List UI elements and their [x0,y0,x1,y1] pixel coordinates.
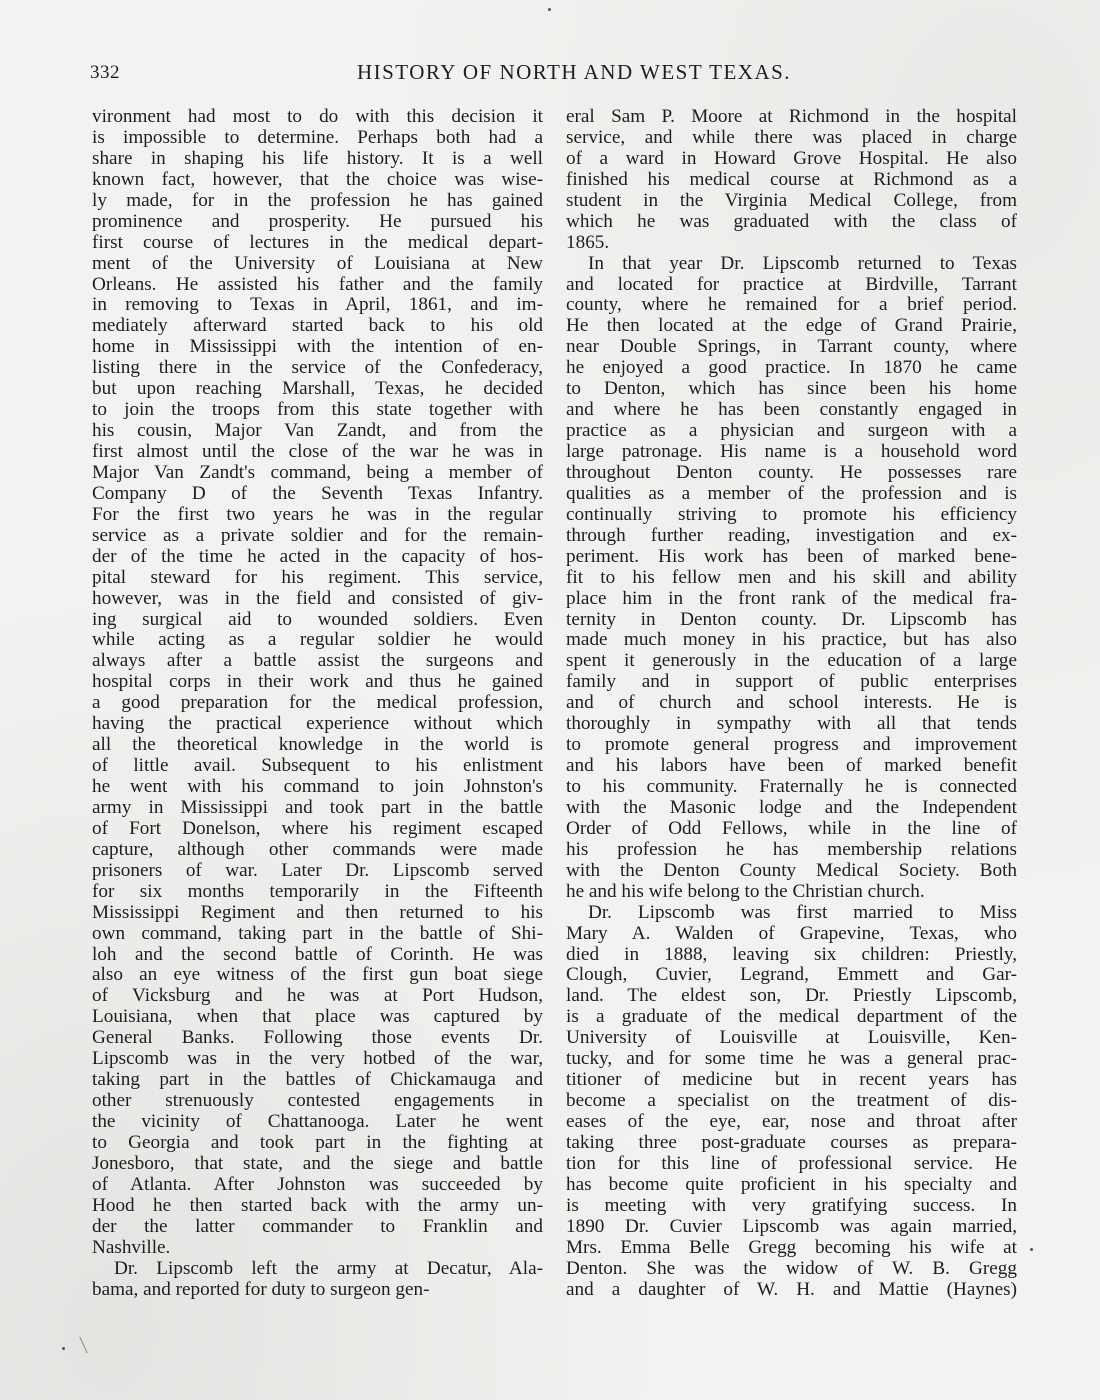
text-line: to join the troops from this state toget… [92,400,543,421]
text-line: listing there in the service of the Conf… [92,358,543,379]
text-line: share in shaping his life history. It is… [92,149,543,170]
text-line: Mary A. Walden of Grapevine, Texas, who [566,924,1017,945]
text-line: however, was in the field and consisted … [92,589,543,610]
text-line: to Georgia and took part in the fighting… [92,1133,543,1154]
text-column-left: vironment had most to do with this decis… [92,107,543,1300]
text-line: Order of Odd Fellows, while in the line … [566,819,1017,840]
text-line: Orleans. He assisted his father and the … [92,275,543,296]
text-line: made much money in his practice, but has… [566,630,1017,651]
text-line: his profession he has membership relatio… [566,840,1017,861]
text-line: but upon reaching Marshall, Texas, he de… [92,379,543,400]
text-line: county, where he remained for a brief pe… [566,295,1017,316]
text-line: ment of the University of Louisiana at N… [92,254,543,275]
text-line: General Banks. Following those events Dr… [92,1028,543,1049]
text-line: loh and the second battle of Corinth. He… [92,945,543,966]
text-line: In that year Dr. Lipscomb returned to Te… [566,254,1017,275]
text-line: der of the time he acted in the capacity… [92,547,543,568]
text-line: Hood he then started back with the army … [92,1196,543,1217]
text-line: hospital corps in their work and thus he… [92,672,543,693]
text-line: with the Denton County Medical Society. … [566,861,1017,882]
text-line: become a specialist on the treatment of … [566,1091,1017,1112]
text-line: to his community. Fraternally he is conn… [566,777,1017,798]
text-line: of Fort Donelson, where his regiment esc… [92,819,543,840]
text-line: Denton. She was the widow of W. B. Gregg [566,1259,1017,1280]
text-line: of a ward in Howard Grove Hospital. He a… [566,149,1017,170]
text-line: with the Masonic lodge and the Independe… [566,798,1017,819]
text-line: and of church and school interests. He i… [566,693,1017,714]
text-line: land. The eldest son, Dr. Priestly Lipsc… [566,986,1017,1007]
text-line: bama, and reported for duty to surgeon g… [92,1280,543,1301]
text-line: practice as a physician and surgeon with… [566,421,1017,442]
scan-speck [62,1347,65,1350]
text-line: and a daughter of W. H. and Mattie (Hayn… [566,1280,1017,1301]
text-line: tucky, and for some time he was a genera… [566,1049,1017,1070]
text-line: having the practical experience without … [92,714,543,735]
text-line: he and his wife belong to the Christian … [566,882,1017,903]
text-line: vironment had most to do with this decis… [92,107,543,128]
text-line: taking part in the battles of Chickamaug… [92,1070,543,1091]
scan-hair [79,1337,88,1354]
text-line: has become quite proficient in his speci… [566,1175,1017,1196]
text-line: Mississippi Regiment and then returned t… [92,903,543,924]
text-line: ternity in Denton county. Dr. Lipscomb h… [566,610,1017,631]
text-line: of Vicksburg and he was at Port Hudson, [92,986,543,1007]
text-line: Nashville. [92,1238,543,1259]
text-column-right: eral Sam P. Moore at Richmond in the hos… [566,107,1017,1300]
text-line: is impossible to determine. Perhaps both… [92,128,543,149]
text-line: spent it generously in the education of … [566,651,1017,672]
text-line: finished his medical course at Richmond … [566,170,1017,191]
text-line: his cousin, Major Van Zandt, and from th… [92,421,543,442]
text-line: and his labors have been of marked benef… [566,756,1017,777]
text-line: Mrs. Emma Belle Gregg becoming his wife … [566,1238,1017,1259]
text-line: other strenuously contested engagements … [92,1091,543,1112]
text-line: prisoners of war. Later Dr. Lipscomb ser… [92,861,543,882]
text-line: Louisiana, when that place was captured … [92,1007,543,1028]
text-line: place him in the front rank of the medic… [566,589,1017,610]
text-line: and located for practice at Birdville, T… [566,275,1017,296]
text-line: through further reading, investigation a… [566,526,1017,547]
text-line: is meeting with very gratifying success.… [566,1196,1017,1217]
scan-speck [1030,1248,1033,1251]
text-line: he went with his command to join Johnsto… [92,777,543,798]
text-line: periment. His work has been of marked be… [566,547,1017,568]
text-line: died in 1888, leaving six children: Prie… [566,945,1017,966]
text-line: to Denton, which has since been his home [566,379,1017,400]
text-line: army in Mississippi and took part in the… [92,798,543,819]
text-line: while acting as a regular soldier he wou… [92,630,543,651]
text-line: always after a battle assist the surgeon… [92,651,543,672]
text-line: ly made, for in the profession he has ga… [92,191,543,212]
text-line: Company D of the Seventh Texas Infantry. [92,484,543,505]
text-line: for six months temporarily in the Fiftee… [92,882,543,903]
text-line: 1865. [566,233,1017,254]
text-line: first almost until the close of the war … [92,442,543,463]
text-line: continually striving to promote his effi… [566,505,1017,526]
text-line: He then located at the edge of Grand Pra… [566,316,1017,337]
text-line: Dr. Lipscomb was first married to Miss [566,903,1017,924]
text-line: also an eye witness of the first gun boa… [92,965,543,986]
text-line: Clough, Cuvier, Legrand, Emmett and Gar- [566,965,1017,986]
text-line: near Double Springs, in Tarrant county, … [566,337,1017,358]
book-page: 332 HISTORY OF NORTH AND WEST TEXAS. vir… [0,0,1100,1400]
text-line: of little avail. Subsequent to his enlis… [92,756,543,777]
text-line: der the latter commander to Franklin and [92,1217,543,1238]
text-line: student in the Virginia Medical College,… [566,191,1017,212]
text-line: all the theoretical knowledge in the wor… [92,735,543,756]
text-line: prominence and prosperity. He pursued hi… [92,212,543,233]
text-line: taking three post-graduate courses as pr… [566,1133,1017,1154]
text-line: home in Mississippi with the intention o… [92,337,543,358]
text-line: tion for this line of professional servi… [566,1154,1017,1175]
text-line: throughout Denton county. He possesses r… [566,463,1017,484]
text-line: Dr. Lipscomb left the army at Decatur, A… [92,1259,543,1280]
text-line: 1890 Dr. Cuvier Lipscomb was again marri… [566,1217,1017,1238]
text-line: own command, taking part in the battle o… [92,924,543,945]
text-line: thoroughly in sympathy with all that ten… [566,714,1017,735]
text-line: is a graduate of the medical department … [566,1007,1017,1028]
text-line: service as a private soldier and for the… [92,526,543,547]
text-line: fit to his fellow men and his skill and … [566,568,1017,589]
text-line: which he was graduated with the class of [566,212,1017,233]
scan-speck [548,8,551,11]
text-line: the vicinity of Chattanooga. Later he we… [92,1112,543,1133]
running-title: HISTORY OF NORTH AND WEST TEXAS. [90,60,1040,85]
text-line: titioner of medicine but in recent years… [566,1070,1017,1091]
scan-speck [96,582,98,584]
text-line: Lipscomb was in the very hotbed of the w… [92,1049,543,1070]
text-line: he enjoyed a good practice. In 1870 he c… [566,358,1017,379]
running-head: 332 HISTORY OF NORTH AND WEST TEXAS. [90,60,1040,90]
text-line: first course of lectures in the medical … [92,233,543,254]
text-line: to promote general progress and improvem… [566,735,1017,756]
text-line: large patronage. His name is a household… [566,442,1017,463]
text-line: Jonesboro, that state, and the siege and… [92,1154,543,1175]
text-line: known fact, however, that the choice was… [92,170,543,191]
text-line: service, and while there was placed in c… [566,128,1017,149]
text-line: and where he has been constantly engaged… [566,400,1017,421]
text-line: a good preparation for the medical profe… [92,693,543,714]
text-line: capture, although other commands were ma… [92,840,543,861]
text-line: University of Louisville at Louisville, … [566,1028,1017,1049]
text-line: mediately afterward started back to his … [92,316,543,337]
text-line: in removing to Texas in April, 1861, and… [92,295,543,316]
text-line: Major Van Zandt's command, being a membe… [92,463,543,484]
text-line: family and in support of public enterpri… [566,672,1017,693]
text-line: qualities as a member of the profession … [566,484,1017,505]
text-line: ing surgical aid to wounded soldiers. Ev… [92,610,543,631]
text-line: eases of the eye, ear, nose and throat a… [566,1112,1017,1133]
text-line: of Atlanta. After Johnston was succeeded… [92,1175,543,1196]
text-line: For the first two years he was in the re… [92,505,543,526]
text-line: eral Sam P. Moore at Richmond in the hos… [566,107,1017,128]
text-line: pital steward for his regiment. This ser… [92,568,543,589]
